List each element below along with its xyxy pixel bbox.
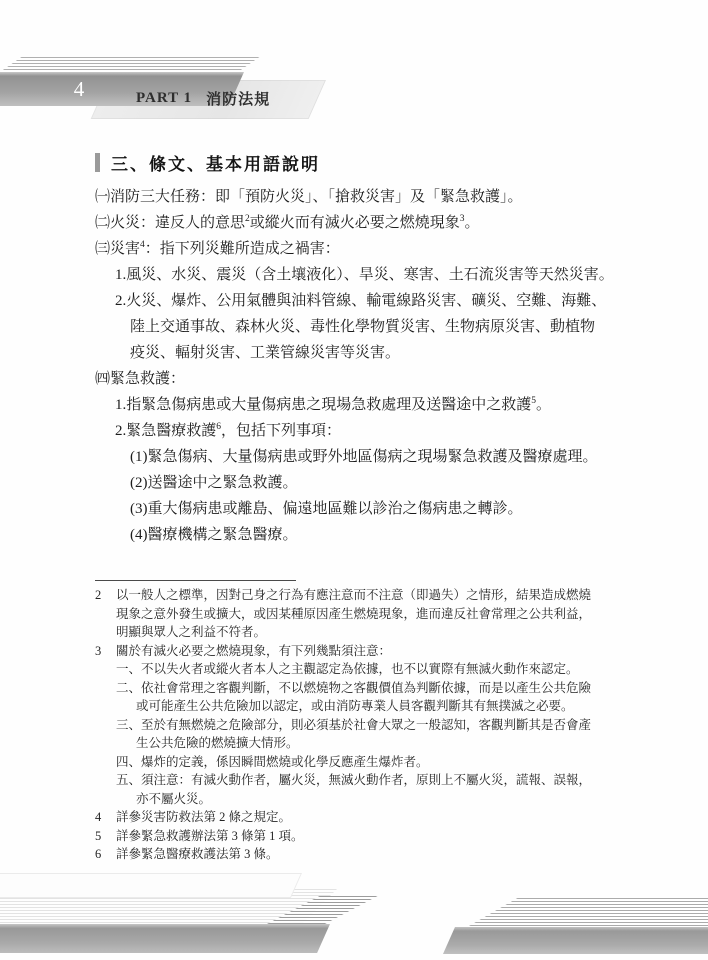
body-line: ㈡火災：違反人的意思2或縱火而有滅火必要之燃燒現象3。 (95, 210, 635, 236)
body-text-run: 疫災、輻射災害、工業管線災害等災害。 (130, 345, 400, 361)
part-label: PART 1 (136, 90, 192, 107)
body-text-run: 。 (536, 397, 551, 413)
body-line: ㈢災害4：指下列災難所造成之禍害： (95, 236, 635, 262)
footnote-row: 或可能產生公共危險加以認定，或由消防專業人員客觀判斷其有無撲滅之必要。 (95, 697, 635, 716)
footnote-text: 亦不屬火災。 (136, 792, 211, 806)
footnote-row: 3關於有滅火必要之燃燒現象，有下列幾點須注意： (95, 642, 635, 661)
body-text-run: ㈡火災：違反人的意思 (95, 215, 245, 231)
section-title: 三、條文、基本用語說明 (95, 150, 320, 175)
body-text-run: ：指下列災難所造成之禍害： (145, 241, 340, 257)
footnote-text: 四、爆炸的定義，係因瞬間燃燒或化學反應產生爆炸者。 (116, 755, 429, 769)
body-text-run: (3)重大傷病患或離島、偏遠地區難以診治之傷病患之轉診。 (130, 501, 523, 517)
book-page: 4 PART 1 消防法規 三、條文、基本用語說明 ㈠消防三大任務：即「預防火災… (0, 0, 708, 960)
footnote-text: 五、須注意：有滅火動作者，屬火災，無滅火動作者，原則上不屬火災，謊報、誤報， (116, 773, 591, 787)
body-text-run: 。 (465, 215, 480, 231)
body-text-run: 或縱火而有滅火必要之燃燒現象 (250, 215, 460, 231)
footnote-text: 關於有滅火必要之燃燒現象，有下列幾點須注意： (116, 644, 391, 658)
body-line: (1)緊急傷病、大量傷病患或野外地區傷病之現場緊急救護及醫療處理。 (130, 444, 635, 470)
body-line: ㈣緊急救護： (95, 366, 635, 392)
footnote-text: 生公共危險的燃燒擴大情形。 (136, 736, 299, 750)
footnote-row: 一、不以失火者或縱火者本人之主觀認定為依據，也不以實際有無滅火動作來認定。 (95, 660, 635, 679)
footnote-row: 4詳參災害防救法第 2 條之規定。 (95, 808, 635, 827)
footnote-text: 詳參緊急救護辦法第 3 條第 1 項。 (116, 829, 304, 843)
body-text-run: ㈣緊急救護： (95, 371, 185, 387)
footnote-text: 一、不以失火者或縱火者本人之主觀認定為依據，也不以實際有無滅火動作來認定。 (116, 662, 579, 676)
body-text-run: 2.緊急醫療救護 (115, 423, 216, 439)
body-line: 2.火災、爆炸、公用氣體與油料管線、輸電線路災害、礦災、空難、海難、 (115, 288, 635, 314)
footnote-number: 4 (95, 808, 116, 827)
body-text-run: 陸上交通事故、森林火災、毒性化學物質災害、生物病原災害、動植物 (130, 319, 595, 335)
footnote-text: 或可能產生公共危險加以認定，或由消防專業人員客觀判斷其有無撲滅之必要。 (136, 699, 574, 713)
footnote-text: 二、依社會常理之客觀判斷，不以燃燒物之客觀價值為判斷依據，而是以產生公共危險 (116, 681, 591, 695)
footnote-row: 6詳參緊急醫療救護法第 3 條。 (95, 845, 635, 864)
section-title-text: 三、條文、基本用語說明 (111, 150, 320, 175)
footnote-text: 三、至於有無燃燒之危險部分，則必須基於社會大眾之一般認知，客觀判斷其是否會產 (116, 718, 591, 732)
footnote-row: 四、爆炸的定義，係因瞬間燃燒或化學反應產生爆炸者。 (95, 753, 635, 772)
body-text-run: ㈢災害 (95, 241, 140, 257)
footnote-text: 以一般人之標準，因對己身之行為有應注意而不注意（即過失）之情形，結果造成燃燒 (116, 588, 591, 602)
footnote-row: 二、依社會常理之客觀判斷，不以燃燒物之客觀價值為判斷依據，而是以產生公共危險 (95, 679, 635, 698)
part-title: 消防法規 (206, 88, 270, 109)
footnote-row: 生公共危險的燃燒擴大情形。 (95, 734, 635, 753)
footnote-text: 詳參災害防救法第 2 條之規定。 (116, 810, 291, 824)
footnote-row: 明顯與眾人之利益不符者。 (95, 623, 635, 642)
body-line: (2)送醫途中之緊急救護。 (130, 470, 635, 496)
body-line: (4)醫療機構之緊急醫療。 (130, 522, 635, 548)
body-text: ㈠消防三大任務：即「預防火災」、「搶救災害」及「緊急救護」。㈡火災：違反人的意思… (95, 184, 635, 548)
footnote-number: 5 (95, 827, 116, 846)
footnote-row: 現象之意外發生或擴大，或因某種原因產生燃燒現象，進而違反社會常理之公共利益， (95, 605, 635, 624)
body-line: (3)重大傷病患或離島、偏遠地區難以診治之傷病患之轉診。 (130, 496, 635, 522)
bottom-right-band-decoration (443, 927, 708, 954)
footnote-row: 三、至於有無燃燒之危險部分，則必須基於社會大眾之一般認知，客觀判斷其是否會產 (95, 716, 635, 735)
footnote-row: 2以一般人之標準，因對己身之行為有應注意而不注意（即過失）之情形，結果造成燃燒 (95, 586, 635, 605)
body-text-run: ㈠消防三大任務：即「預防火災」、「搶救災害」及「緊急救護」。 (95, 189, 523, 205)
footnote-row: 亦不屬火災。 (95, 790, 635, 809)
body-text-run: (2)送醫途中之緊急救護。 (130, 475, 298, 491)
body-line: 疫災、輻射災害、工業管線災害等災害。 (130, 340, 635, 366)
footnote-separator (95, 580, 296, 581)
footnote-row: 5詳參緊急救護辦法第 3 條第 1 項。 (95, 827, 635, 846)
body-line: 2.緊急醫療救護6，包括下列事項： (115, 418, 635, 444)
footnotes: 2以一般人之標準，因對己身之行為有應注意而不注意（即過失）之情形，結果造成燃燒現… (95, 586, 635, 864)
footnote-number: 3 (95, 642, 116, 661)
body-text-run: (1)緊急傷病、大量傷病患或野外地區傷病之現場緊急救護及醫療處理。 (130, 449, 598, 465)
body-text-run: 2.火災、爆炸、公用氣體與油料管線、輸電線路災害、礦災、空難、海難、 (115, 293, 606, 309)
body-text-run: ，包括下列事項： (221, 423, 341, 439)
bottom-left-band-decoration (0, 924, 330, 953)
bottom-left-plate-decoration (0, 873, 302, 898)
footnote-number: 2 (95, 586, 116, 605)
footnote-text: 現象之意外發生或擴大，或因某種原因產生燃燒現象，進而違反社會常理之公共利益， (116, 607, 591, 621)
body-line: 陸上交通事故、森林火災、毒性化學物質災害、生物病原災害、動植物 (130, 314, 635, 340)
footnote-text: 詳參緊急醫療救護法第 3 條。 (116, 847, 279, 861)
title-bar-decoration (95, 153, 100, 172)
body-text-run: 1.指緊急傷病患或大量傷病患之現場急救處理及送醫途中之救護 (115, 397, 531, 413)
part-header: PART 1 消防法規 (136, 81, 270, 115)
footnote-text: 明顯與眾人之利益不符者。 (116, 625, 266, 639)
header-stripes-decoration (0, 57, 259, 72)
body-line: ㈠消防三大任務：即「預防火災」、「搶救災害」及「緊急救護」。 (95, 184, 635, 210)
bottom-right-stripes-decoration (462, 898, 708, 930)
body-text-run: (4)醫療機構之緊急醫療。 (130, 527, 298, 543)
footnote-number: 6 (95, 845, 116, 864)
body-line: 1.指緊急傷病患或大量傷病患之現場急救處理及送醫途中之救護5。 (115, 392, 635, 418)
body-text-run: 1.風災、水災、震災（含土壤液化）、旱災、寒害、土石流災害等天然災害。 (115, 267, 614, 283)
body-line: 1.風災、水災、震災（含土壤液化）、旱災、寒害、土石流災害等天然災害。 (115, 262, 635, 288)
page-number: 4 (64, 72, 94, 106)
footnote-row: 五、須注意：有滅火動作者，屬火災，無滅火動作者，原則上不屬火災，謊報、誤報， (95, 771, 635, 790)
